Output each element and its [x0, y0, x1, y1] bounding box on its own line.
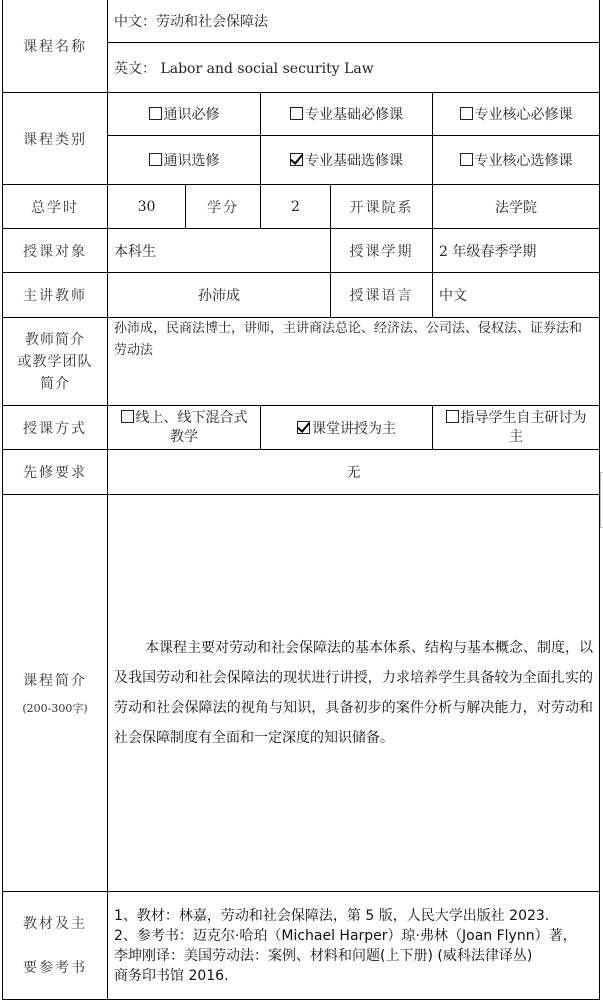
course-name-chinese: 中文：劳动和社会保障法	[108, 0, 600, 43]
textbook-line: 李坤刚译：美国劳动法：案例、材料和问题(上下册) (威科法律译丛)	[114, 946, 593, 966]
checkbox-icon[interactable]	[460, 107, 473, 120]
semester-value: 2 年级春季学期	[433, 229, 600, 273]
checkbox-icon[interactable]	[121, 410, 134, 423]
teaching-mode-option-2[interactable]: 课堂讲授为主	[261, 406, 433, 450]
teaching-mode-label: 授课方式	[3, 406, 108, 450]
prerequisite-label: 先修要求	[3, 450, 108, 495]
teacher-intro-label: 教师简介 或教学团队 简介	[3, 318, 108, 406]
instructor-label: 主讲教师	[3, 273, 108, 318]
credits-label: 学分	[186, 185, 261, 229]
hours-label: 总学时	[3, 185, 108, 229]
checkbox-icon[interactable]	[290, 107, 303, 120]
teacher-intro-text: 孙沛成，民商法博士，讲师，主讲商法总论、经济法、公司法、侵权法、证券法和劳动法	[108, 318, 600, 406]
department-value: 法学院	[433, 185, 600, 229]
textbook-line: 2、参考书：迈克尔·哈珀（Michael Harper）琼·弗林（Joan Fl…	[114, 926, 593, 946]
audience-value: 本科生	[108, 229, 331, 273]
textbook-line: 商务印书馆 2016.	[114, 966, 593, 986]
course-intro-label: 课程简介 (200-300字)	[3, 495, 108, 892]
language-label: 授课语言	[331, 273, 433, 318]
department-label: 开课院系	[331, 185, 433, 229]
textbook-line: 1、教材：林嘉，劳动和社会保障法，第 5 版，人民大学出版社 2023.	[114, 906, 593, 926]
semester-label: 授课学期	[331, 229, 433, 273]
checkbox-icon[interactable]	[460, 153, 473, 166]
credits-value: 2	[261, 185, 331, 229]
teaching-mode-option-3[interactable]: 指导学生自主研讨为主	[433, 406, 600, 450]
checkbox-checked-icon[interactable]	[290, 153, 303, 166]
course-type-option-6[interactable]: 专业核心选修课	[433, 136, 600, 185]
language-value: 中文	[433, 273, 600, 318]
course-intro-text: 本课程主要对劳动和社会保障法的基本体系、结构与基本概念、制度，以及我国劳动和社会…	[108, 495, 600, 892]
course-type-label: 课程类别	[3, 93, 108, 185]
course-type-option-4[interactable]: 通识选修	[108, 136, 261, 185]
checkbox-icon[interactable]	[149, 153, 162, 166]
course-type-option-1[interactable]: 通识必修	[108, 93, 261, 136]
instructor-value: 孙沛成	[108, 273, 331, 318]
checkbox-icon[interactable]	[446, 410, 459, 423]
textbooks-label: 教材及主 要参考书	[3, 892, 108, 1000]
course-name-label: 课程名称	[3, 0, 108, 93]
course-type-option-2[interactable]: 专业基础必修课	[261, 93, 433, 136]
course-type-option-5[interactable]: 专业基础选修课	[261, 136, 433, 185]
audience-label: 授课对象	[3, 229, 108, 273]
hours-value: 30	[108, 185, 186, 229]
checkbox-checked-icon[interactable]	[297, 421, 310, 434]
teaching-mode-option-1[interactable]: 线上、线下混合式教学	[108, 406, 261, 450]
course-type-option-3[interactable]: 专业核心必修课	[433, 93, 600, 136]
course-info-table: 课程名称 中文：劳动和社会保障法 英文： Labor and social se…	[2, 0, 600, 1000]
checkbox-icon[interactable]	[149, 107, 162, 120]
prerequisite-value: 无	[108, 450, 600, 495]
course-name-english: 英文： Labor and social security Law	[108, 43, 600, 93]
textbooks-list: 1、教材：林嘉，劳动和社会保障法，第 5 版，人民大学出版社 2023. 2、参…	[108, 892, 600, 1000]
